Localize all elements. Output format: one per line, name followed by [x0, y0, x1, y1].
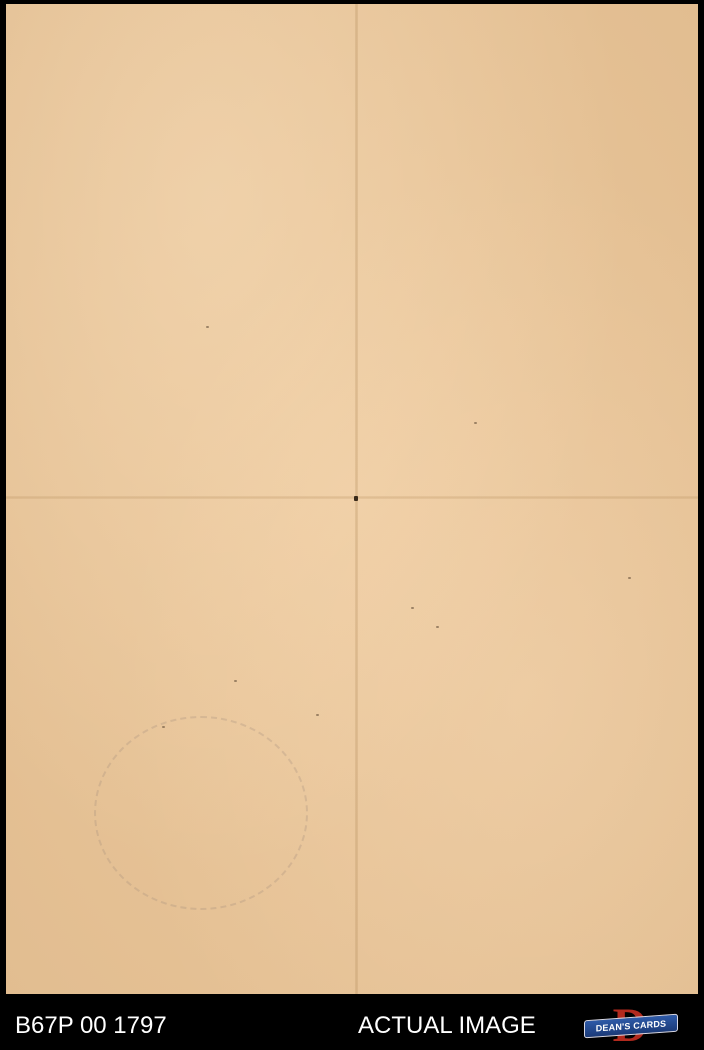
- actual-image-label: ACTUAL IMAGE: [358, 1012, 536, 1040]
- logo-banner: DEAN'S CARDS: [584, 1014, 678, 1039]
- deans-cards-logo: D DEAN'S CARDS: [584, 1004, 676, 1048]
- paper-speck: [436, 626, 439, 628]
- paper-speck: [162, 726, 165, 728]
- item-id: B67P 00 1797: [15, 1012, 167, 1040]
- paper-speck: [474, 422, 477, 424]
- horizontal-fold-crease: [6, 496, 698, 499]
- paper-speck: [628, 577, 631, 579]
- paper-speck: [206, 326, 209, 328]
- card-back-image: [6, 4, 698, 994]
- paper-speck: [234, 680, 237, 682]
- paper-speck: [411, 607, 414, 609]
- pinhole-mark: [354, 496, 358, 501]
- faint-circular-stamp: [94, 716, 308, 910]
- footer-bar: B67P 00 1797 ACTUAL IMAGE D DEAN'S CARDS: [0, 998, 704, 1050]
- paper-speck: [316, 714, 319, 716]
